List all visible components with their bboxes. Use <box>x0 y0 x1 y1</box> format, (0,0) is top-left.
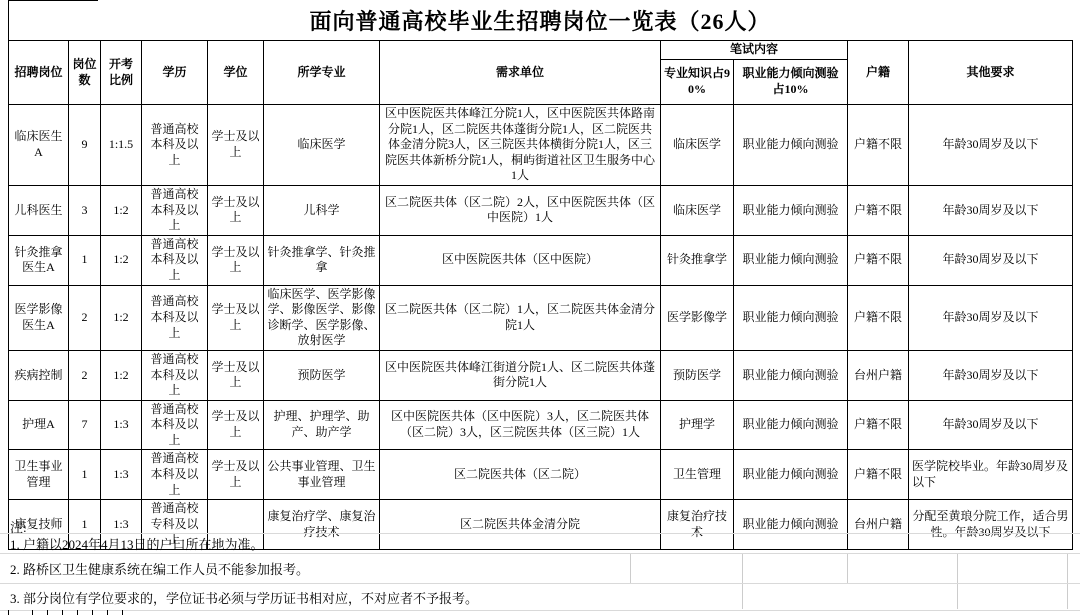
note-item: 1. 户籍以2024年4月13日的户口所在地为准。 <box>0 534 1080 554</box>
cell-hukou: 户籍不限 <box>848 400 909 450</box>
table-row: 临床医生A 9 1:1.5 普通高校本科及以上 学士及以上 临床医学 区中医院医… <box>9 105 1073 186</box>
header-row-1: 招聘岗位 岗位数 开考比例 学历 学位 所学专业 需求单位 笔试内容 户籍 其他… <box>9 41 1073 60</box>
cell-hukou: 户籍不限 <box>848 285 909 350</box>
gridline <box>742 554 743 583</box>
cell-unit: 区中医院医共体峰江街道分院1人、区二院医共体蓬街分院1人 <box>380 350 661 400</box>
cell-count: 9 <box>69 105 101 186</box>
cell-ratio: 1:2 <box>101 285 142 350</box>
cell-hukou: 户籍不限 <box>848 185 909 235</box>
cell-position: 医学影像医生A <box>9 285 69 350</box>
cell-ratio: 1:2 <box>101 350 142 400</box>
cell-count: 7 <box>69 400 101 450</box>
cell-ratio: 1:3 <box>101 450 142 500</box>
table-row: 医学影像医生A 2 1:2 普通高校本科及以上 学士及以上 临床医学、医学影像学… <box>9 285 1073 350</box>
gridline <box>957 584 958 609</box>
cell-ratio: 1:1.5 <box>101 105 142 186</box>
cell-major: 临床医学 <box>264 105 380 186</box>
cell-major: 针灸推拿学、针灸推拿 <box>264 235 380 285</box>
cell-education: 普通高校本科及以上 <box>142 185 208 235</box>
cell-education: 普通高校本科及以上 <box>142 400 208 450</box>
col-header-hukou: 户籍 <box>848 41 909 105</box>
cell-other: 年龄30周岁及以下 <box>909 285 1073 350</box>
cell-degree: 学士及以上 <box>208 450 264 500</box>
recruitment-table: 招聘岗位 岗位数 开考比例 学历 学位 所学专业 需求单位 笔试内容 户籍 其他… <box>8 40 1073 550</box>
cell-count: 3 <box>69 185 101 235</box>
cell-position: 疾病控制 <box>9 350 69 400</box>
cell-hukou: 户籍不限 <box>848 235 909 285</box>
cell-degree: 学士及以上 <box>208 105 264 186</box>
cell-knowledge: 预防医学 <box>661 350 734 400</box>
col-header-aptitude: 职业能力倾向测验占10% <box>734 60 848 105</box>
gridline <box>107 610 108 615</box>
col-header-knowledge: 专业知识占90% <box>661 60 734 105</box>
notes-section: 注: 1. 户籍以2024年4月13日的户口所在地为准。 2. 路桥区卫生健康系… <box>0 519 1080 611</box>
cell-position: 临床医生A <box>9 105 69 186</box>
table-row: 护理A 7 1:3 普通高校本科及以上 学士及以上 护理、护理学、助产、助产学 … <box>9 400 1073 450</box>
col-header-written-test: 笔试内容 <box>661 41 848 60</box>
cell-major: 护理、护理学、助产、助产学 <box>264 400 380 450</box>
cell-other: 年龄30周岁及以下 <box>909 400 1073 450</box>
gridline <box>92 610 93 615</box>
table-row: 儿科医生 3 1:2 普通高校本科及以上 学士及以上 儿科学 区二院医共体（区二… <box>9 185 1073 235</box>
cell-other: 年龄30周岁及以下 <box>909 235 1073 285</box>
cell-knowledge: 临床医学 <box>661 105 734 186</box>
gridline <box>957 554 958 583</box>
cell-knowledge: 医学影像学 <box>661 285 734 350</box>
table-row: 疾病控制 2 1:2 普通高校本科及以上 学士及以上 预防医学 区中医院医共体峰… <box>9 350 1073 400</box>
cell-other: 年龄30周岁及以下 <box>909 185 1073 235</box>
gridline <box>742 584 743 609</box>
cell-knowledge: 卫生管理 <box>661 450 734 500</box>
page-title: 面向普通高校毕业生招聘岗位一览表（26人） <box>0 5 1080 36</box>
cell-aptitude: 职业能力倾向测验 <box>734 350 848 400</box>
gridline <box>8 610 9 615</box>
cell-unit: 区二院医共体（区二院）2人，区中医院医共体（区中医院）1人 <box>380 185 661 235</box>
note-item: 2. 路桥区卫生健康系统在编工作人员不能参加报考。 <box>0 554 1080 584</box>
cell-position: 卫生事业管理 <box>9 450 69 500</box>
cell-degree: 学士及以上 <box>208 235 264 285</box>
cell-ratio: 1:2 <box>101 235 142 285</box>
cell-count: 1 <box>69 450 101 500</box>
cell-major: 临床医学、医学影像学、影像医学、影像诊断学、医学影像、放射医学 <box>264 285 380 350</box>
cell-unit: 区中医院医共体峰江分院1人，区中医院医共体路南分院1人，区二院医共体蓬街分院1人… <box>380 105 661 186</box>
cell-degree: 学士及以上 <box>208 350 264 400</box>
col-header-education: 学历 <box>142 41 208 105</box>
recruitment-table-sheet: 面向普通高校毕业生招聘岗位一览表（26人） 招聘岗位 岗位数 开考比例 学历 学… <box>0 0 1080 615</box>
cell-education: 普通高校本科及以上 <box>142 235 208 285</box>
cell-unit: 区中医院医共体（区中医院）3人，区二院医共体（区二院）3人，区三院医共体（区三院… <box>380 400 661 450</box>
cell-major: 预防医学 <box>264 350 380 400</box>
cell-aptitude: 职业能力倾向测验 <box>734 105 848 186</box>
cell-aptitude: 职业能力倾向测验 <box>734 235 848 285</box>
gridline <box>122 610 123 615</box>
cell-hukou: 台州户籍 <box>848 350 909 400</box>
cell-degree: 学士及以上 <box>208 400 264 450</box>
cell-hukou: 户籍不限 <box>848 450 909 500</box>
cell-other: 医学院校毕业。年龄30周岁及以下 <box>909 450 1073 500</box>
cell-knowledge: 针灸推拿学 <box>661 235 734 285</box>
col-header-other: 其他要求 <box>909 41 1073 105</box>
cell-other: 年龄30周岁及以下 <box>909 350 1073 400</box>
cell-education: 普通高校本科及以上 <box>142 285 208 350</box>
cell-major: 公共事业管理、卫生事业管理 <box>264 450 380 500</box>
table-row: 针灸推拿医生A 1 1:2 普通高校本科及以上 学士及以上 针灸推拿学、针灸推拿… <box>9 235 1073 285</box>
cell-unit: 区二院医共体（区二院）1人，区二院医共体金清分院1人 <box>380 285 661 350</box>
cell-ratio: 1:3 <box>101 400 142 450</box>
cell-position: 儿科医生 <box>9 185 69 235</box>
gridline <box>630 554 631 583</box>
col-header-unit: 需求单位 <box>380 41 661 105</box>
gridline <box>62 610 63 615</box>
col-header-position: 招聘岗位 <box>9 41 69 105</box>
cell-aptitude: 职业能力倾向测验 <box>734 450 848 500</box>
cell-education: 普通高校本科及以上 <box>142 350 208 400</box>
col-header-major: 所学专业 <box>264 41 380 105</box>
cell-ratio: 1:2 <box>101 185 142 235</box>
top-border-segment <box>8 0 98 1</box>
col-header-count: 岗位数 <box>69 41 101 105</box>
cell-aptitude: 职业能力倾向测验 <box>734 285 848 350</box>
notes-label: 注: <box>0 519 1080 534</box>
cell-position: 针灸推拿医生A <box>9 235 69 285</box>
cell-position: 护理A <box>9 400 69 450</box>
col-header-ratio: 开考比例 <box>101 41 142 105</box>
gridline <box>847 554 848 583</box>
cell-major: 儿科学 <box>264 185 380 235</box>
note-item: 3. 部分岗位有学位要求的，学位证书必须与学历证书相对应，不对应者不予报考。 <box>0 584 1080 611</box>
cell-degree: 学士及以上 <box>208 185 264 235</box>
cell-aptitude: 职业能力倾向测验 <box>734 400 848 450</box>
gridline <box>32 610 33 615</box>
cell-count: 2 <box>69 350 101 400</box>
cell-unit: 区二院医共体（区二院） <box>380 450 661 500</box>
gridline <box>1067 554 1068 583</box>
cell-count: 2 <box>69 285 101 350</box>
cell-degree: 学士及以上 <box>208 285 264 350</box>
gridline <box>47 610 48 615</box>
cell-knowledge: 临床医学 <box>661 185 734 235</box>
gridline <box>77 610 78 615</box>
cell-aptitude: 职业能力倾向测验 <box>734 185 848 235</box>
col-header-degree: 学位 <box>208 41 264 105</box>
cell-hukou: 户籍不限 <box>848 105 909 186</box>
cell-knowledge: 护理学 <box>661 400 734 450</box>
gridline <box>1067 584 1068 609</box>
cell-education: 普通高校本科及以上 <box>142 105 208 186</box>
cell-other: 年龄30周岁及以下 <box>909 105 1073 186</box>
cell-education: 普通高校本科及以上 <box>142 450 208 500</box>
cell-count: 1 <box>69 235 101 285</box>
cell-unit: 区中医院医共体（区中医院） <box>380 235 661 285</box>
table-row: 卫生事业管理 1 1:3 普通高校本科及以上 学士及以上 公共事业管理、卫生事业… <box>9 450 1073 500</box>
